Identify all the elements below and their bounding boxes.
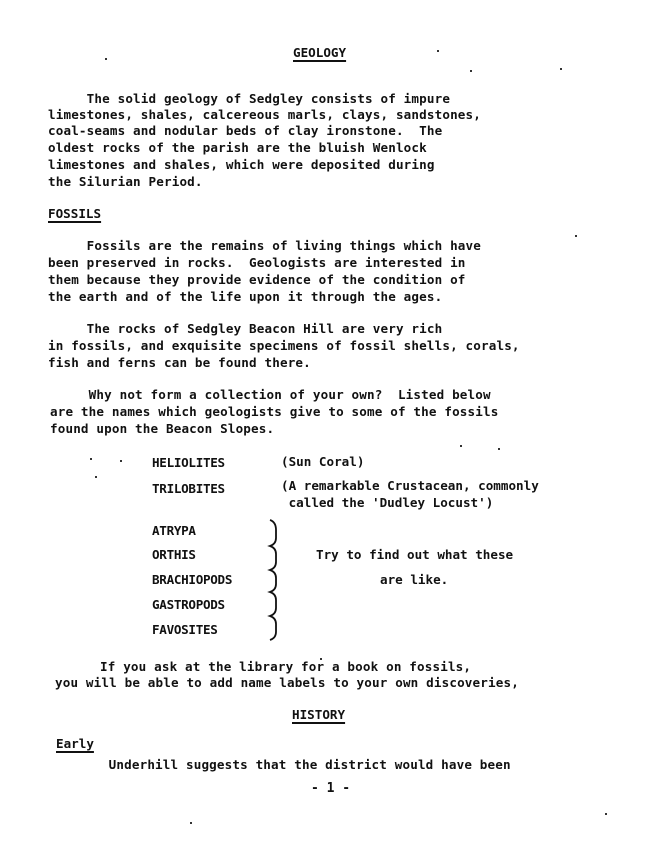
geology-line: limestones and shales, which were deposi… [48,156,435,173]
fossil-name-brachiopods: BRACHIOPODS [152,572,232,587]
history-heading: HISTORY [292,707,345,722]
geology-line: coal-seams and nodular beds of clay iron… [48,122,442,139]
document-page: GEOLOGY The solid geology of Sedgley con… [0,0,650,860]
history-line: Underhill suggests that the district wou… [70,756,511,773]
fossils-p2-line: fish and ferns can be found there. [48,354,311,371]
geology-line: the Silurian Period. [48,173,203,190]
fossil-description: (Sun Coral) [281,453,364,470]
geology-line: The solid geology of Sedgley consists of… [48,90,450,107]
scan-speck [560,68,562,70]
scan-speck [105,58,107,60]
fossils-p1-line: Fossils are the remains of living things… [48,237,481,254]
fossil-name-atrypa: ATRYPA [152,523,196,538]
scan-speck [120,460,122,462]
fossil-name-favosites: FAVOSITES [152,622,218,637]
fossils-closing-line: If you ask at the library for a book on … [100,658,471,675]
fossils-p1-line: the earth and of the life upon it throug… [48,288,442,305]
scan-speck [605,813,607,815]
scan-speck [460,445,462,447]
scan-speck [498,448,500,450]
page-number: - 1 - [311,781,350,796]
scan-speck [190,822,192,824]
fossil-description: (A remarkable Crustacean, commonly [281,477,539,494]
fossils-p3-line: found upon the Beacon Slopes. [50,420,274,437]
fossils-p2-line: The rocks of Sedgley Beacon Hill are ver… [48,320,442,337]
fossils-p3-line: Why not form a collection of your own? L… [50,386,491,403]
scan-speck [575,235,577,237]
scan-speck [90,458,92,460]
fossils-p2-line: in fossils, and exquisite specimens of f… [48,337,520,354]
geology-heading: GEOLOGY [293,45,346,60]
fossils-p3-line: are the names which geologists give to s… [50,403,498,420]
fossils-p1-line: them because they provide evidence of th… [48,271,466,288]
grouped-fossils-note: are like. [380,571,448,588]
geology-line: limestones, shales, calcereous marls, cl… [48,106,481,123]
scan-speck [320,658,322,660]
grouped-fossils-note: Try to find out what these [316,546,513,563]
scan-speck [95,476,97,478]
fossil-name-trilobites: TRILOBITES [152,481,225,496]
curly-brace-icon [262,518,284,642]
history-subheading-early: Early [56,736,94,751]
fossils-closing-line: you will be able to add name labels to y… [55,674,519,691]
fossil-name-orthis: ORTHIS [152,547,196,562]
fossil-description: called the 'Dudley Locust') [281,494,493,511]
fossils-p1-line: been preserved in rocks. Geologists are … [48,254,466,271]
geology-line: oldest rocks of the parish are the bluis… [48,139,427,156]
fossil-name-gastropods: GASTROPODS [152,597,225,612]
fossils-heading: FOSSILS [48,206,101,221]
fossil-name-heliolites: HELIOLITES [152,455,225,470]
scan-speck [470,70,472,72]
scan-speck [437,50,439,52]
